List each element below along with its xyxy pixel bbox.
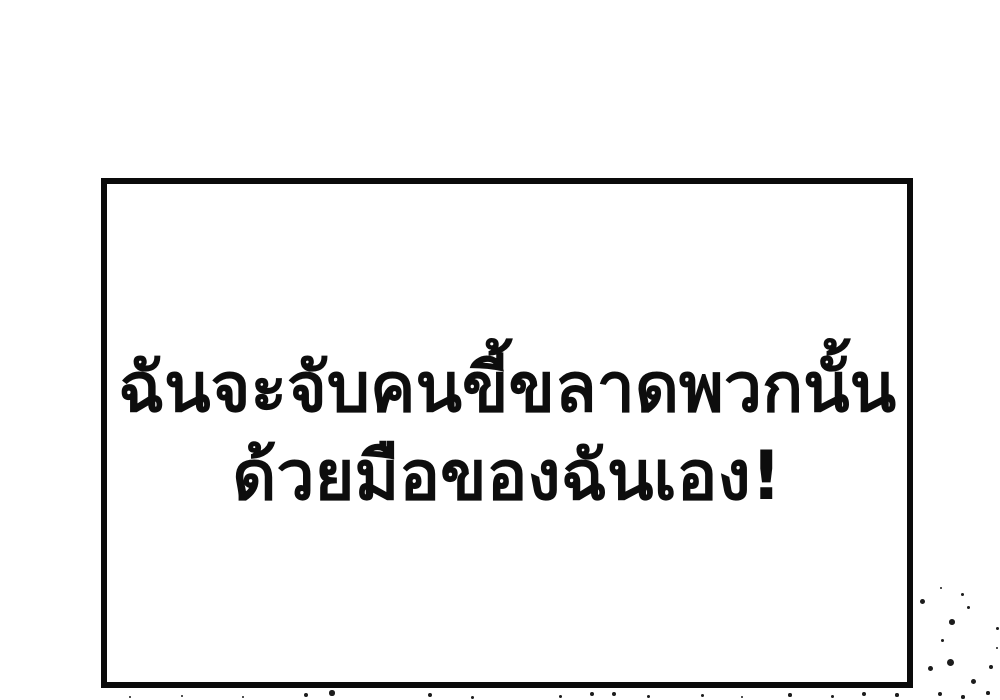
ink-speck [559, 695, 562, 698]
ink-speck [940, 587, 942, 589]
ink-speck [428, 693, 432, 697]
ink-speck [949, 619, 955, 625]
ink-speck [471, 696, 474, 699]
ink-speck [612, 692, 616, 696]
ink-speck [647, 695, 650, 698]
ink-speck [996, 627, 999, 630]
ink-speck [920, 599, 925, 604]
ink-speck [831, 695, 834, 698]
ink-speck [986, 691, 990, 695]
ink-speck [961, 695, 965, 699]
ink-speck [928, 666, 933, 671]
ink-speck [242, 696, 245, 699]
ink-speck [129, 696, 132, 699]
ink-speck [941, 639, 944, 642]
ink-speck [741, 696, 744, 699]
ink-speck [967, 606, 970, 609]
ink-speck [701, 694, 704, 697]
ink-speck [304, 693, 308, 697]
dialogue-panel: ฉันจะจับคนขี้ขลาดพวกนั้น ด้วยมือของฉันเอ… [101, 178, 913, 688]
ink-speck [788, 693, 792, 697]
ink-speck [895, 693, 899, 697]
dialogue-text: ฉันจะจับคนขี้ขลาดพวกนั้น ด้วยมือของฉันเอ… [118, 345, 896, 522]
ink-speck [996, 647, 999, 650]
ink-speck [590, 692, 594, 696]
dialogue-line-1: ฉันจะจับคนขี้ขลาดพวกนั้น [118, 345, 896, 433]
ink-speck [961, 593, 964, 596]
ink-speck [329, 690, 334, 695]
ink-speck [971, 679, 976, 684]
ink-speck [989, 665, 993, 669]
ink-speck [947, 659, 954, 666]
ink-speck [938, 692, 942, 696]
ink-speck [862, 692, 866, 696]
ink-speck [181, 695, 184, 698]
dialogue-line-2: ด้วยมือของฉันเอง! [118, 433, 896, 521]
comic-page: ฉันจะจับคนขี้ขลาดพวกนั้น ด้วยมือของฉันเอ… [0, 0, 1000, 700]
